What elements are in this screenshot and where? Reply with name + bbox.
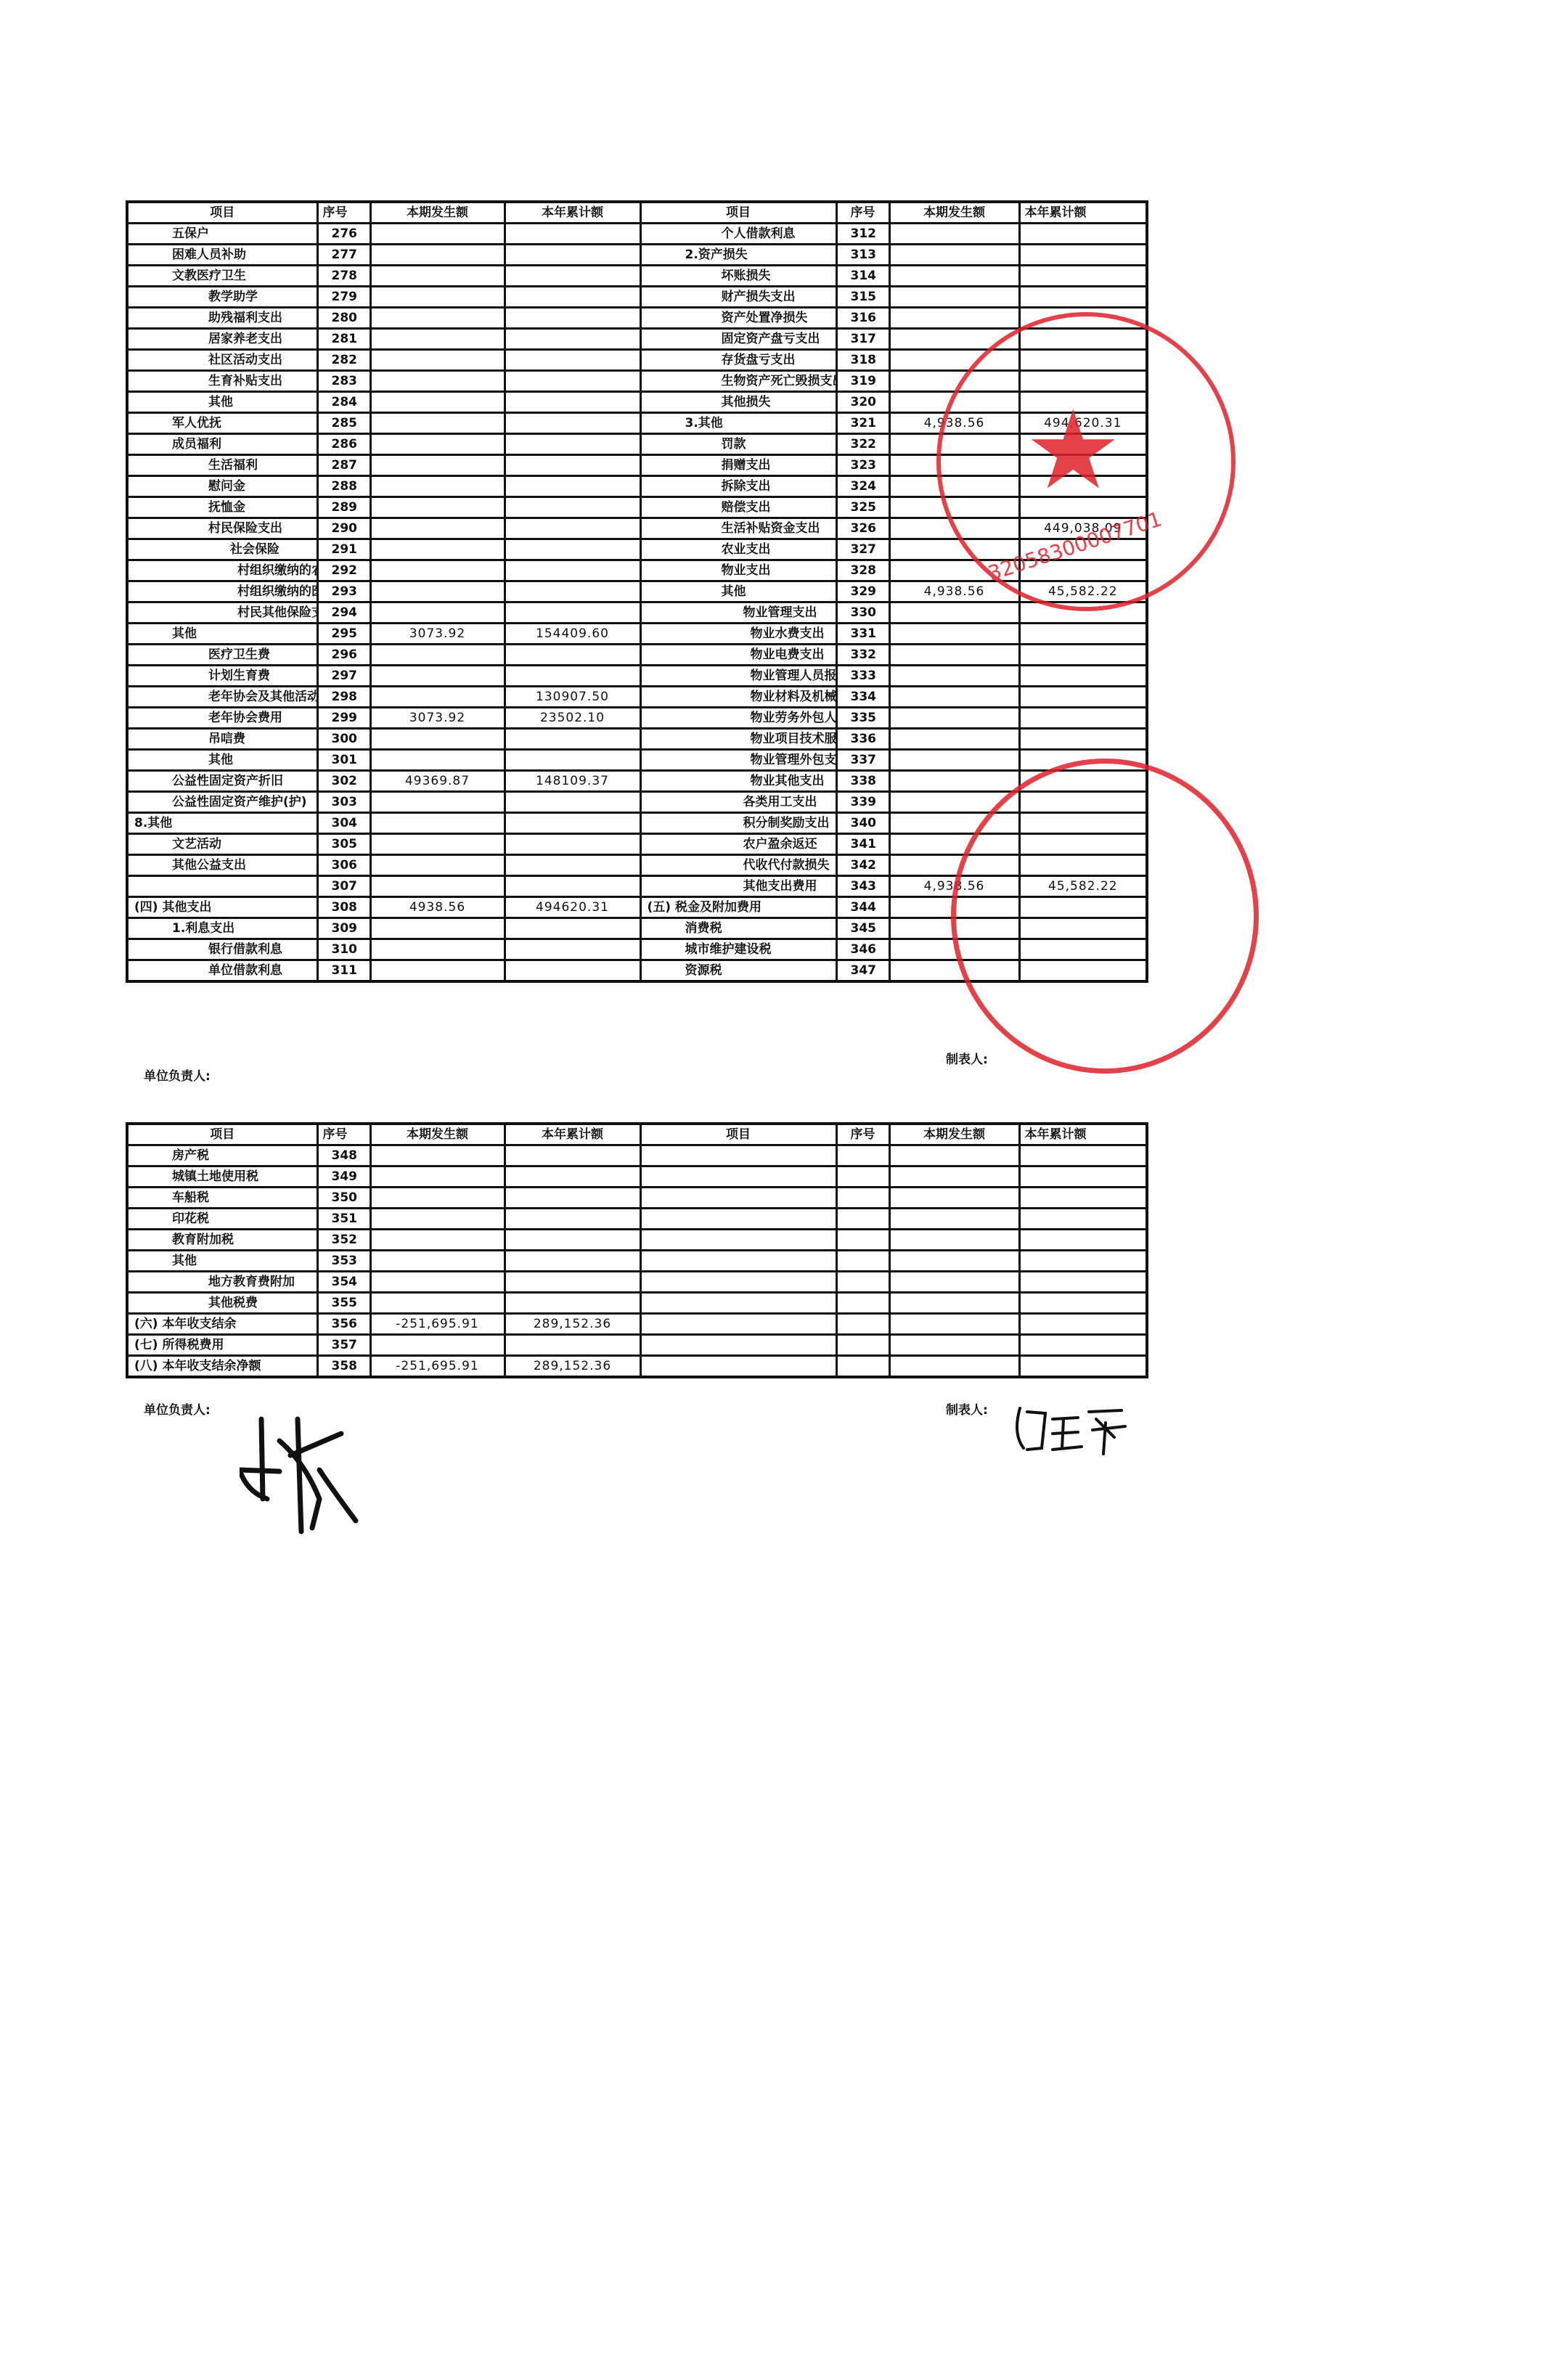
- current-period-amount: [370, 1145, 505, 1166]
- table-row: 其他353: [127, 1251, 1147, 1272]
- item-name: 计划生育费: [127, 666, 317, 687]
- empty-cell: [1019, 1335, 1147, 1356]
- item-name: 助残福利支出: [127, 308, 317, 329]
- seq-number: 305: [317, 834, 370, 855]
- year-to-date-amount: [505, 1188, 640, 1209]
- item-name: 村组织缴纳的农保支出: [127, 560, 317, 581]
- item-name: 其他损失: [640, 392, 836, 413]
- table-row: 8.其他304积分制奖励支出340: [127, 813, 1147, 834]
- year-to-date-amount: [505, 666, 640, 687]
- seq-number: 279: [317, 287, 370, 308]
- seq-number: 315: [836, 287, 889, 308]
- table1-header-row: 项目 序号 本期发生额 本年累计额 项目 序号 本期发生额 本年累计额: [127, 202, 1147, 224]
- year-to-date-amount: [1019, 329, 1147, 350]
- table-row: 房产税348: [127, 1145, 1147, 1166]
- seq-number: 281: [317, 329, 370, 350]
- seq-number: 326: [836, 518, 889, 539]
- seq-number: 322: [836, 434, 889, 455]
- year-to-date-amount: 154409.60: [505, 624, 640, 645]
- empty-cell: [889, 1145, 1019, 1166]
- year-to-date-amount: 130907.50: [505, 687, 640, 708]
- seq-number: 282: [317, 350, 370, 371]
- empty-cell: [836, 1314, 889, 1335]
- table-row: 其他2953073.92154409.60物业水费支出331: [127, 624, 1147, 645]
- seq-number: 324: [836, 476, 889, 497]
- item-name: 公益性固定资产维护(护): [127, 792, 317, 813]
- header-current-period: 本期发生额: [370, 202, 505, 224]
- current-period-amount: [370, 1209, 505, 1230]
- seq-number: 328: [836, 560, 889, 581]
- item-name: 印花税: [127, 1209, 317, 1230]
- preparer-signature: [1013, 1405, 1129, 1455]
- current-period-amount: [889, 834, 1019, 855]
- item-name: 公益性固定资产折旧: [127, 771, 317, 792]
- empty-cell: [1019, 1209, 1147, 1230]
- header-item: 项目: [127, 1124, 317, 1145]
- seq-number: 338: [836, 771, 889, 792]
- seq-number: 291: [317, 539, 370, 560]
- year-to-date-amount: [1019, 266, 1147, 287]
- item-name: 财产损失支出: [640, 287, 836, 308]
- current-period-amount: [370, 413, 505, 434]
- year-to-date-amount: [505, 308, 640, 329]
- current-period-amount: [370, 939, 505, 960]
- current-period-amount: [370, 666, 505, 687]
- current-period-amount: [370, 1293, 505, 1314]
- table-row: 生育补贴支出283生物资产死亡毁损支出319: [127, 371, 1147, 392]
- current-period-amount: [370, 224, 505, 245]
- current-period-amount: [889, 624, 1019, 645]
- year-to-date-amount: [1019, 539, 1147, 560]
- year-to-date-amount: [1019, 476, 1147, 497]
- seq-number: 304: [317, 813, 370, 834]
- table-row: 银行借款利息310城市维护建设税346: [127, 939, 1147, 960]
- current-period-amount: [370, 392, 505, 413]
- empty-cell: [836, 1293, 889, 1314]
- seq-number: 316: [836, 308, 889, 329]
- current-period-amount: [889, 434, 1019, 455]
- seq-number: 296: [317, 645, 370, 666]
- year-to-date-amount: [1019, 666, 1147, 687]
- income-expense-table-part1: 项目 序号 本期发生额 本年累计额 项目 序号 本期发生额 本年累计额 五保户2…: [126, 200, 1148, 983]
- seq-number: 336: [836, 729, 889, 750]
- empty-cell: [1019, 1251, 1147, 1272]
- table-row: 村民保险支出290生活补贴资金支出326449,038.09: [127, 518, 1147, 539]
- item-name: 单位借款利息: [127, 960, 317, 982]
- seq-number: 290: [317, 518, 370, 539]
- item-name: 3.其他: [640, 413, 836, 434]
- year-to-date-amount: [1019, 792, 1147, 813]
- year-to-date-amount: [1019, 224, 1147, 245]
- seq-number: 301: [317, 750, 370, 771]
- item-name: 房产税: [127, 1145, 317, 1166]
- table-row: 老年协会及其他活动费用298130907.50物业材料及机械使用费用334: [127, 687, 1147, 708]
- seq-number: 320: [836, 392, 889, 413]
- year-to-date-amount: [1019, 918, 1147, 939]
- empty-cell: [836, 1230, 889, 1251]
- seq-number: 300: [317, 729, 370, 750]
- seq-number: 312: [836, 224, 889, 245]
- empty-cell: [836, 1356, 889, 1378]
- year-to-date-amount: [505, 476, 640, 497]
- seq-number: 292: [317, 560, 370, 581]
- header-year-to-date: 本年累计额: [505, 202, 640, 224]
- current-period-amount: [370, 855, 505, 876]
- item-name: 捐赠支出: [640, 455, 836, 476]
- year-to-date-amount: [1019, 960, 1147, 982]
- empty-cell: [836, 1335, 889, 1356]
- current-period-amount: [889, 329, 1019, 350]
- seq-number: 340: [836, 813, 889, 834]
- empty-cell: [640, 1188, 836, 1209]
- seq-number: 353: [317, 1251, 370, 1272]
- seq-number: 286: [317, 434, 370, 455]
- header-item: 项目: [127, 202, 317, 224]
- current-period-amount: [889, 497, 1019, 518]
- item-name: 农户盈余返还: [640, 834, 836, 855]
- seq-number: 355: [317, 1293, 370, 1314]
- year-to-date-amount: 289,152.36: [505, 1356, 640, 1378]
- seq-number: 284: [317, 392, 370, 413]
- current-period-amount: [889, 308, 1019, 329]
- table-row: 村组织缴纳的农保支出292物业支出328: [127, 560, 1147, 581]
- table-row: 军人优抚2853.其他3214,938.56494,620.31: [127, 413, 1147, 434]
- seq-number: 329: [836, 581, 889, 602]
- year-to-date-amount: [1019, 392, 1147, 413]
- year-to-date-amount: [1019, 245, 1147, 266]
- current-period-amount: [889, 224, 1019, 245]
- current-period-amount: [889, 813, 1019, 834]
- current-period-amount: [889, 560, 1019, 581]
- seq-number: 325: [836, 497, 889, 518]
- year-to-date-amount: [1019, 708, 1147, 729]
- table-row: 地方教育费附加354: [127, 1272, 1147, 1293]
- table-row: 吊唁费300物业项目技术服务费用336: [127, 729, 1147, 750]
- item-name: 生活福利: [127, 455, 317, 476]
- year-to-date-amount: [505, 876, 640, 897]
- table-row: (六) 本年收支结余356-251,695.91289,152.36: [127, 1314, 1147, 1335]
- item-name: 文艺活动: [127, 834, 317, 855]
- seq-number: 306: [317, 855, 370, 876]
- table-row: 公益性固定资产维护(护)303各类用工支出339: [127, 792, 1147, 813]
- item-name: 物业材料及机械使用费用: [640, 687, 836, 708]
- current-period-amount: [370, 1230, 505, 1251]
- item-name: 罚款: [640, 434, 836, 455]
- year-to-date-amount: [505, 813, 640, 834]
- year-to-date-amount: 494,620.31: [1019, 413, 1147, 434]
- empty-cell: [889, 1293, 1019, 1314]
- item-name: 社区活动支出: [127, 350, 317, 371]
- seq-number: 344: [836, 897, 889, 918]
- item-name: 生育补贴支出: [127, 371, 317, 392]
- table2-header-row: 项目 序号 本期发生额 本年累计额 项目 序号 本期发生额 本年累计额: [127, 1124, 1147, 1145]
- current-period-amount: [889, 539, 1019, 560]
- item-name: 坏账损失: [640, 266, 836, 287]
- item-name: 生物资产死亡毁损支出: [640, 371, 836, 392]
- empty-cell: [889, 1209, 1019, 1230]
- year-to-date-amount: [505, 918, 640, 939]
- year-to-date-amount: [1019, 939, 1147, 960]
- current-period-amount: [370, 792, 505, 813]
- seq-number: 343: [836, 876, 889, 897]
- item-name: 消费税: [640, 918, 836, 939]
- table-row: 教学助学279财产损失支出315: [127, 287, 1147, 308]
- item-name: (五) 税金及附加费用: [640, 897, 836, 918]
- year-to-date-amount: 494620.31: [505, 897, 640, 918]
- empty-cell: [640, 1166, 836, 1188]
- header-seq: 序号: [317, 202, 370, 224]
- item-name: (八) 本年收支结余净额: [127, 1356, 317, 1378]
- current-period-amount: [889, 855, 1019, 876]
- table-row: 村民其他保险支出294物业管理支出330: [127, 602, 1147, 624]
- empty-cell: [1019, 1272, 1147, 1293]
- seq-number: 318: [836, 350, 889, 371]
- current-period-amount: 4,938.56: [889, 581, 1019, 602]
- item-name: 物业管理外包支出: [640, 750, 836, 771]
- item-name: 困难人员补助: [127, 245, 317, 266]
- item-name: 农业支出: [640, 539, 836, 560]
- empty-cell: [836, 1209, 889, 1230]
- seq-number: 331: [836, 624, 889, 645]
- current-period-amount: [889, 476, 1019, 497]
- year-to-date-amount: [505, 1166, 640, 1188]
- table-row: (八) 本年收支结余净额358-251,695.91289,152.36: [127, 1356, 1147, 1378]
- item-name: 物业电费支出: [640, 645, 836, 666]
- header-item: 项目: [640, 202, 836, 224]
- header-current-period: 本期发生额: [889, 1124, 1019, 1145]
- current-period-amount: [889, 602, 1019, 624]
- item-name: 社会保险: [127, 539, 317, 560]
- current-period-amount: [370, 1272, 505, 1293]
- year-to-date-amount: [1019, 434, 1147, 455]
- current-period-amount: [370, 371, 505, 392]
- empty-cell: [889, 1335, 1019, 1356]
- year-to-date-amount: [505, 855, 640, 876]
- seq-number: 311: [317, 960, 370, 982]
- year-to-date-amount: 23502.10: [505, 708, 640, 729]
- item-name: 教学助学: [127, 287, 317, 308]
- current-period-amount: [889, 371, 1019, 392]
- item-name: 1.利息支出: [127, 918, 317, 939]
- seq-number: 346: [836, 939, 889, 960]
- current-period-amount: [370, 539, 505, 560]
- item-name: 吊唁费: [127, 729, 317, 750]
- header-year-to-date: 本年累计额: [1019, 1124, 1147, 1145]
- seq-number: 285: [317, 413, 370, 434]
- current-period-amount: [370, 834, 505, 855]
- unit-head-label: 单位负责人:: [144, 1066, 211, 1084]
- seq-number: 333: [836, 666, 889, 687]
- year-to-date-amount: [505, 1209, 640, 1230]
- seq-number: 327: [836, 539, 889, 560]
- header-item: 项目: [640, 1124, 836, 1145]
- item-name: 拆除支出: [640, 476, 836, 497]
- current-period-amount: [370, 476, 505, 497]
- year-to-date-amount: [505, 1230, 640, 1251]
- year-to-date-amount: [1019, 771, 1147, 792]
- table-row: 老年协会费用2993073.9223502.10物业劳务外包人工费用335: [127, 708, 1147, 729]
- item-name: 代收代付款损失: [640, 855, 836, 876]
- seq-number: 307: [317, 876, 370, 897]
- item-name: 物业支出: [640, 560, 836, 581]
- year-to-date-amount: [1019, 560, 1147, 581]
- year-to-date-amount: [505, 371, 640, 392]
- current-period-amount: [889, 897, 1019, 918]
- current-period-amount: 4938.56: [370, 897, 505, 918]
- year-to-date-amount: [1019, 855, 1147, 876]
- table-row: 计划生育费297物业管理人员报酬支出333: [127, 666, 1147, 687]
- seq-number: 309: [317, 918, 370, 939]
- table-row: 城镇土地使用税349: [127, 1166, 1147, 1188]
- empty-cell: [889, 1272, 1019, 1293]
- year-to-date-amount: [1019, 687, 1147, 708]
- year-to-date-amount: [1019, 645, 1147, 666]
- year-to-date-amount: [1019, 308, 1147, 329]
- current-period-amount: [370, 329, 505, 350]
- item-name: 其他: [127, 750, 317, 771]
- item-name: 银行借款利息: [127, 939, 317, 960]
- empty-cell: [889, 1188, 1019, 1209]
- header-year-to-date: 本年累计额: [505, 1124, 640, 1145]
- year-to-date-amount: [505, 455, 640, 476]
- seq-number: 352: [317, 1230, 370, 1251]
- current-period-amount: [370, 350, 505, 371]
- item-name: 五保户: [127, 224, 317, 245]
- current-period-amount: [370, 455, 505, 476]
- item-name: 其他: [127, 624, 317, 645]
- table-row: 社会保险291农业支出327: [127, 539, 1147, 560]
- current-period-amount: [889, 939, 1019, 960]
- table-row: 单位借款利息311资源税347: [127, 960, 1147, 982]
- current-period-amount: 3073.92: [370, 708, 505, 729]
- empty-cell: [1019, 1230, 1147, 1251]
- current-period-amount: [370, 1166, 505, 1188]
- current-period-amount: [370, 876, 505, 897]
- table-row: 其他公益支出306代收代付款损失342: [127, 855, 1147, 876]
- header-current-period: 本期发生额: [889, 202, 1019, 224]
- seq-number: 334: [836, 687, 889, 708]
- item-name: 教育附加税: [127, 1230, 317, 1251]
- empty-cell: [889, 1314, 1019, 1335]
- current-period-amount: [370, 497, 505, 518]
- current-period-amount: [370, 960, 505, 982]
- empty-cell: [889, 1356, 1019, 1378]
- item-name: 老年协会费用: [127, 708, 317, 729]
- seq-number: 358: [317, 1356, 370, 1378]
- header-seq: 序号: [836, 1124, 889, 1145]
- year-to-date-amount: [505, 581, 640, 602]
- seq-number: 341: [836, 834, 889, 855]
- empty-cell: [889, 1230, 1019, 1251]
- seq-number: 310: [317, 939, 370, 960]
- seq-number: 339: [836, 792, 889, 813]
- current-period-amount: [370, 602, 505, 624]
- year-to-date-amount: [505, 645, 640, 666]
- item-name: 资产处置净损失: [640, 308, 836, 329]
- empty-cell: [640, 1335, 836, 1356]
- seq-number: 349: [317, 1166, 370, 1188]
- current-period-amount: [889, 645, 1019, 666]
- item-name: 老年协会及其他活动费用: [127, 687, 317, 708]
- empty-cell: [1019, 1145, 1147, 1166]
- current-period-amount: [370, 687, 505, 708]
- table-row: 医疗卫生费296物业电费支出332: [127, 645, 1147, 666]
- current-period-amount: 49369.87: [370, 771, 505, 792]
- empty-cell: [640, 1145, 836, 1166]
- empty-cell: [640, 1314, 836, 1335]
- item-name: 抚恤金: [127, 497, 317, 518]
- item-name: 成员福利: [127, 434, 317, 455]
- current-period-amount: -251,695.91: [370, 1314, 505, 1335]
- seq-number: 342: [836, 855, 889, 876]
- year-to-date-amount: [505, 413, 640, 434]
- year-to-date-amount: [505, 939, 640, 960]
- current-period-amount: [370, 560, 505, 581]
- year-to-date-amount: [505, 750, 640, 771]
- seq-number: 335: [836, 708, 889, 729]
- empty-cell: [889, 1166, 1019, 1188]
- year-to-date-amount: [1019, 455, 1147, 476]
- year-to-date-amount: [505, 834, 640, 855]
- current-period-amount: [370, 287, 505, 308]
- seq-number: 283: [317, 371, 370, 392]
- seq-number: 337: [836, 750, 889, 771]
- item-name: 物业管理支出: [640, 602, 836, 624]
- year-to-date-amount: [505, 960, 640, 982]
- empty-cell: [836, 1145, 889, 1166]
- table-row: 公益性固定资产折旧30249369.87148109.37物业其他支出338: [127, 771, 1147, 792]
- table-row: 成员福利286罚款322: [127, 434, 1147, 455]
- item-name: 军人优抚: [127, 413, 317, 434]
- preparer-label: 制表人:: [946, 1399, 988, 1418]
- table-row: 困难人员补助2772.资产损失313: [127, 245, 1147, 266]
- current-period-amount: [370, 308, 505, 329]
- empty-cell: [1019, 1166, 1147, 1188]
- item-name: [127, 876, 317, 897]
- item-name: 8.其他: [127, 813, 317, 834]
- year-to-date-amount: [1019, 624, 1147, 645]
- current-period-amount: [889, 266, 1019, 287]
- item-name: (四) 其他支出: [127, 897, 317, 918]
- seq-number: 330: [836, 602, 889, 624]
- item-name: 居家养老支出: [127, 329, 317, 350]
- current-period-amount: [370, 918, 505, 939]
- year-to-date-amount: [505, 287, 640, 308]
- year-to-date-amount: [1019, 287, 1147, 308]
- empty-cell: [1019, 1293, 1147, 1314]
- seq-number: 345: [836, 918, 889, 939]
- seq-number: 314: [836, 266, 889, 287]
- current-period-amount: [889, 792, 1019, 813]
- seq-number: 321: [836, 413, 889, 434]
- current-period-amount: [889, 666, 1019, 687]
- empty-cell: [640, 1251, 836, 1272]
- year-to-date-amount: [1019, 750, 1147, 771]
- year-to-date-amount: [1019, 350, 1147, 371]
- seq-number: 348: [317, 1145, 370, 1166]
- current-period-amount: 4,938.56: [889, 413, 1019, 434]
- table-row: 五保户276个人借款利息312: [127, 224, 1147, 245]
- table-row: 印花税351: [127, 1209, 1147, 1230]
- current-period-amount: [370, 518, 505, 539]
- seq-number: 277: [317, 245, 370, 266]
- current-period-amount: [370, 266, 505, 287]
- table-row: (七) 所得税费用357: [127, 1335, 1147, 1356]
- item-name: 车船税: [127, 1188, 317, 1209]
- table-row: 村组织缴纳的医保支出293其他3294,938.5645,582.22: [127, 581, 1147, 602]
- seq-number: 357: [317, 1335, 370, 1356]
- current-period-amount: [370, 581, 505, 602]
